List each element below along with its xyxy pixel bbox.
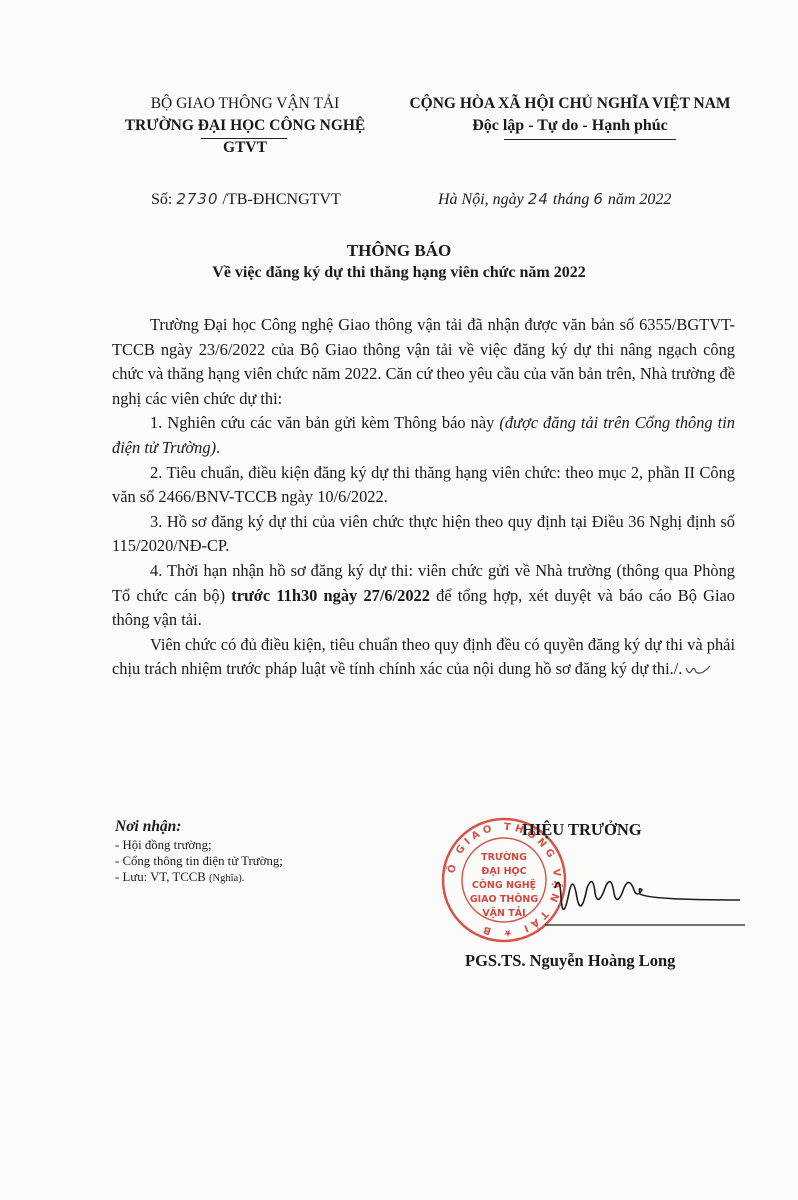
svg-text:VẬN TẢI: VẬN TẢI	[482, 907, 525, 919]
initial-mark-icon	[682, 662, 712, 676]
motto-underline	[504, 139, 676, 140]
svg-text:TRƯỜNG: TRƯỜNG	[481, 851, 527, 863]
svg-text:CÔNG NGHỆ: CÔNG NGHỆ	[472, 879, 536, 891]
item-1-text: 1. Nghiên cứu các văn bản gửi kèm Thông …	[150, 413, 499, 432]
item-3: 3. Hồ sơ đăng ký dự thi của viên chức th…	[112, 510, 735, 559]
recipient-item: - Lưu: VT, TCCB (Nghĩa).	[115, 869, 415, 887]
date-year: năm 2022	[604, 191, 672, 208]
intro-paragraph: Trường Đại học Công nghệ Giao thông vận …	[112, 313, 735, 411]
document-number: Số: 2730 /TB-ĐHCNGTVT	[151, 190, 341, 209]
ministry-name: BỘ GIAO THÔNG VẬN TẢI	[105, 93, 385, 115]
item-2: 2. Tiêu chuẩn, điều kiện đăng ký dự thi …	[112, 461, 735, 510]
item-1-end: .	[216, 438, 220, 457]
document-date: Hà Nội, ngày 24 tháng 6 năm 2022	[438, 190, 671, 209]
date-month-label: tháng	[549, 191, 593, 208]
date-day: 24	[528, 190, 549, 208]
recipients-block: Nơi nhận: - Hội đồng trường; - Cổng thôn…	[115, 817, 415, 887]
recipient-note: (Nghĩa).	[209, 873, 244, 884]
ref-number: 2730	[176, 190, 218, 208]
signer-role: HIỆU TRƯỞNG	[522, 820, 642, 840]
issuer-header: BỘ GIAO THÔNG VẬN TẢI TRƯỜNG ĐẠI HỌC CÔN…	[105, 93, 385, 159]
item-1: 1. Nghiên cứu các văn bản gửi kèm Thông …	[112, 411, 735, 460]
item-4: 4. Thời hạn nhận hồ sơ đăng ký dự thi: v…	[112, 559, 735, 633]
ref-suffix: /TB-ĐHCNGTVT	[219, 191, 341, 208]
recipient-item: - Cổng thông tin điện tử Trường;	[115, 853, 415, 869]
national-motto: Độc lập - Tự do - Hạnh phúc	[400, 115, 740, 137]
date-month: 6	[593, 190, 604, 208]
national-header: CỘNG HÒA XÃ HỘI CHỦ NGHĨA VIỆT NAM Độc l…	[400, 93, 740, 137]
recipients-title: Nơi nhận:	[115, 817, 415, 837]
svg-text:GIAO THÔNG: GIAO THÔNG	[470, 893, 539, 905]
recipient-text: - Lưu: VT, TCCB	[115, 870, 209, 884]
signer-name: PGS.TS. Nguyễn Hoàng Long	[465, 951, 675, 971]
document-subtitle: Về việc đăng ký dự thi thăng hạng viên c…	[0, 262, 798, 284]
deadline: trước 11h30 ngày 27/6/2022	[231, 586, 430, 605]
ref-prefix: Số:	[151, 191, 176, 208]
nation-name: CỘNG HÒA XÃ HỘI CHỦ NGHĨA VIỆT NAM	[400, 93, 740, 115]
recipient-item: - Hội đồng trường;	[115, 837, 415, 853]
signature-scribble-icon	[545, 858, 745, 928]
closing-paragraph: Viên chức có đủ điều kiện, tiêu chuẩn th…	[112, 633, 735, 682]
header-underline	[201, 138, 287, 139]
svg-text:ĐẠI HỌC: ĐẠI HỌC	[481, 866, 526, 877]
school-name: TRƯỜNG ĐẠI HỌC CÔNG NGHỆ GTVT	[105, 115, 385, 159]
document-title: THÔNG BÁO	[0, 240, 798, 262]
document-body: Trường Đại học Công nghệ Giao thông vận …	[112, 313, 735, 682]
closing-text: Viên chức có đủ điều kiện, tiêu chuẩn th…	[112, 635, 735, 679]
date-place: Hà Nội, ngày	[438, 191, 528, 208]
